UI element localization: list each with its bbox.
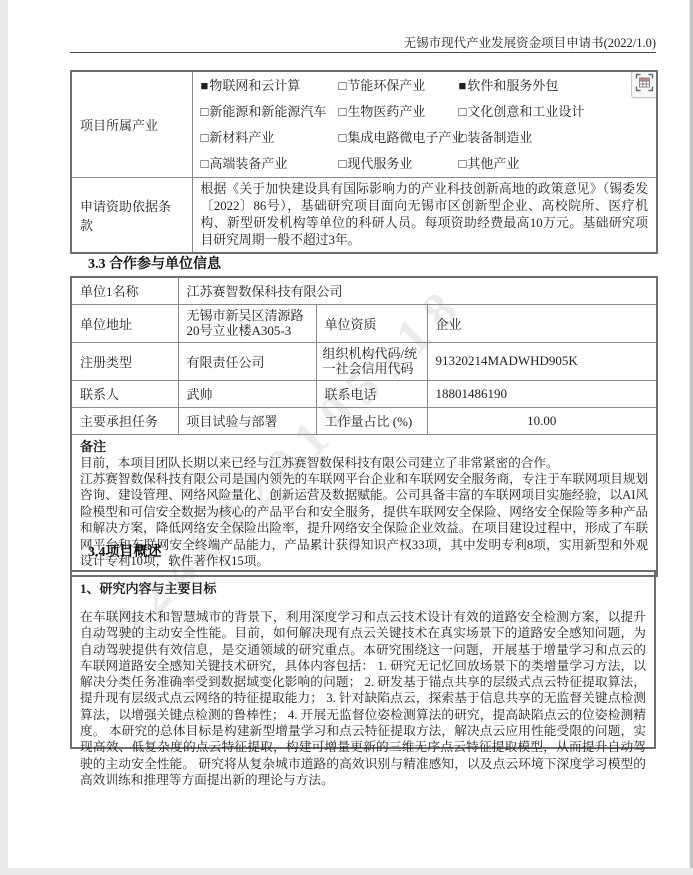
reg-type-label: 注册类型 xyxy=(71,342,178,380)
workload-label: 工作量占比 (%) xyxy=(316,407,427,434)
checkbox-checked-icon: ■ xyxy=(459,78,467,93)
checkbox-option: □节能环保产业 xyxy=(339,77,459,94)
checkbox-unchecked-icon: □ xyxy=(201,156,209,171)
industry-options-cell: ■物联网和云计算 □节能环保产业 ■软件和服务外包 □新能源和新能源汽车 □生物… xyxy=(192,71,657,178)
unit-name-label: 单位1名称 xyxy=(71,277,178,304)
document-page: 20240920105118 无锡市现代产业发展资金项目申请书(2022/1.0… xyxy=(8,0,689,868)
unit-name-value: 江苏赛智数保科技有限公司 xyxy=(178,277,657,304)
checkbox-option: □高端装备产业 xyxy=(201,155,339,172)
checkbox-unchecked-icon: □ xyxy=(459,156,467,171)
address-label: 单位地址 xyxy=(71,304,178,342)
contact-value: 武帅 xyxy=(178,380,316,407)
qualification-value: 企业 xyxy=(427,304,657,342)
workload-value: 10.00 xyxy=(427,407,657,434)
document-viewport: 20240920105118 无锡市现代产业发展资金项目申请书(2022/1.0… xyxy=(0,0,693,875)
reg-type-value: 有限责任公司 xyxy=(178,342,316,380)
phone-label: 联系电话 xyxy=(316,380,427,407)
section-3-3-heading: 3.3 合作参与单位信息 xyxy=(88,253,221,273)
checkbox-unchecked-icon: □ xyxy=(339,104,347,119)
checkbox-option: □文化创意和工业设计 xyxy=(459,103,649,120)
checkbox-option: □新能源和新能源汽车 xyxy=(201,103,339,120)
checkbox-option: □新材料产业 xyxy=(201,129,339,146)
document-header-title: 无锡市现代产业发展资金项目申请书(2022/1.0) xyxy=(70,33,656,51)
basis-value: 根据《关于加快建设具有国际影响力的产业科技创新高地的政策意见》（锡委发〔2022… xyxy=(192,178,657,254)
org-code-label: 组织机构代码/统一社会信用代码 xyxy=(316,342,427,380)
checkbox-option: □装备制造业 xyxy=(459,129,649,146)
remark-text: 目前，本项目团队长期以来已经与江苏赛智数保科技有限公司建立了非常紧密的合作。 江… xyxy=(80,455,648,570)
industry-label: 项目所属产业 xyxy=(71,71,192,178)
industry-checkbox-grid: ■物联网和云计算 □节能环保产业 ■软件和服务外包 □新能源和新能源汽车 □生物… xyxy=(201,75,649,174)
section-3-4-heading: 3.4项目概述 xyxy=(88,541,162,561)
checkbox-unchecked-icon: □ xyxy=(339,130,347,145)
checkbox-option: □其他产业 xyxy=(459,155,649,172)
checkbox-option: ■物联网和云计算 xyxy=(201,77,339,94)
checkbox-option: □集成电路微电子产业 xyxy=(339,129,459,146)
research-heading: 1、研究内容与主要目标 xyxy=(80,578,646,597)
research-text: 在车联网技术和智慧城市的背景下，利用深度学习和点云技术设计有效的道路安全检测方案… xyxy=(80,609,646,788)
checkbox-unchecked-icon: □ xyxy=(459,130,467,145)
header-rule xyxy=(70,52,656,53)
checkbox-unchecked-icon: □ xyxy=(459,104,467,119)
task-value: 项目试验与部署 xyxy=(178,407,316,434)
checkbox-checked-icon: ■ xyxy=(201,78,209,93)
checkbox-option: □生物医药产业 xyxy=(339,103,459,120)
checkbox-unchecked-icon: □ xyxy=(201,104,209,119)
checkbox-unchecked-icon: □ xyxy=(339,78,347,93)
contact-label: 联系人 xyxy=(71,380,178,407)
industry-table: 项目所属产业 ■物联网和云计算 □节能环保产业 ■软件和服务外包 □新能源和新能… xyxy=(70,70,658,254)
checkbox-unchecked-icon: □ xyxy=(339,156,347,171)
checkbox-option: □现代服务业 xyxy=(339,155,459,172)
address-value: 无锡市新吴区清源路20号立业楼A305-3 xyxy=(178,304,316,342)
qualification-label: 单位资质 xyxy=(316,304,427,342)
checkbox-unchecked-icon: □ xyxy=(201,130,209,145)
unit-info-table: 单位1名称 江苏赛智数保科技有限公司 单位地址 无锡市新吴区清源路20号立业楼A… xyxy=(70,276,658,577)
org-code-value: 91320214MADWHD905K xyxy=(427,342,657,380)
basis-label: 申请资助依据条款 xyxy=(71,178,192,254)
remark-label: 备注 xyxy=(80,439,648,455)
research-overview-box: 1、研究内容与主要目标 在车联网技术和智慧城市的背景下，利用深度学习和点云技术设… xyxy=(70,570,656,749)
checkbox-option: ■软件和服务外包 xyxy=(459,77,649,94)
task-label: 主要承担任务 xyxy=(71,407,178,434)
phone-value: 18801486190 xyxy=(427,380,657,407)
